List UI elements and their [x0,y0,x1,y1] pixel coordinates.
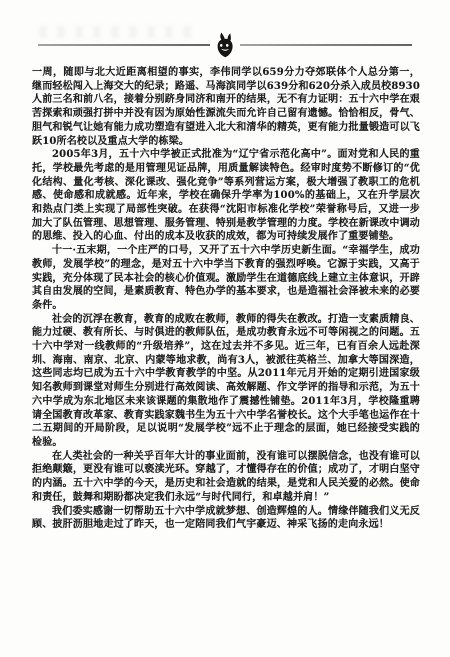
scanned-page: 一周，随即与北大近距离相望的事实，李伟同学以659分力夺郊联体个人总分第一，继而… [0,0,450,657]
paragraph: 在人类社会的一种关乎百年大计的事业面前，没有谁可以摆脱信念，也没有谁可以拒绝颠簸… [32,450,420,505]
paragraph: 我们委实感谢一切帮助五十六中学成就梦想、创造辉煌的人。情缘伴随我们义无反顾、披肝… [32,505,420,532]
floral-crest-ornament-icon [214,32,236,58]
divider-line-left [38,44,210,46]
document-body: 一周，随即与北大近距离相望的事实，李伟同学以659分力夺郊联体个人总分第一，继而… [32,66,420,532]
paragraph: 社会的沉浮在教育，教育的成败在教师，教师的得失在教改。打造一支素质精良、能力过硬… [32,313,420,450]
paragraph: 2005年3月，五十六中学被正式批准为“辽宁省示范化高中”。面对党和人民的重托，… [32,148,420,244]
header-divider [38,33,412,57]
divider-line-right [240,44,412,46]
paragraph: 十一·五末期，一个庄严的口号，又开了五十六中学历史新生面。“幸福学生，成功教师，… [32,244,420,313]
paragraph: 一周，随即与北大近距离相望的事实，李伟同学以659分力夺郊联体个人总分第一，继而… [32,66,420,148]
